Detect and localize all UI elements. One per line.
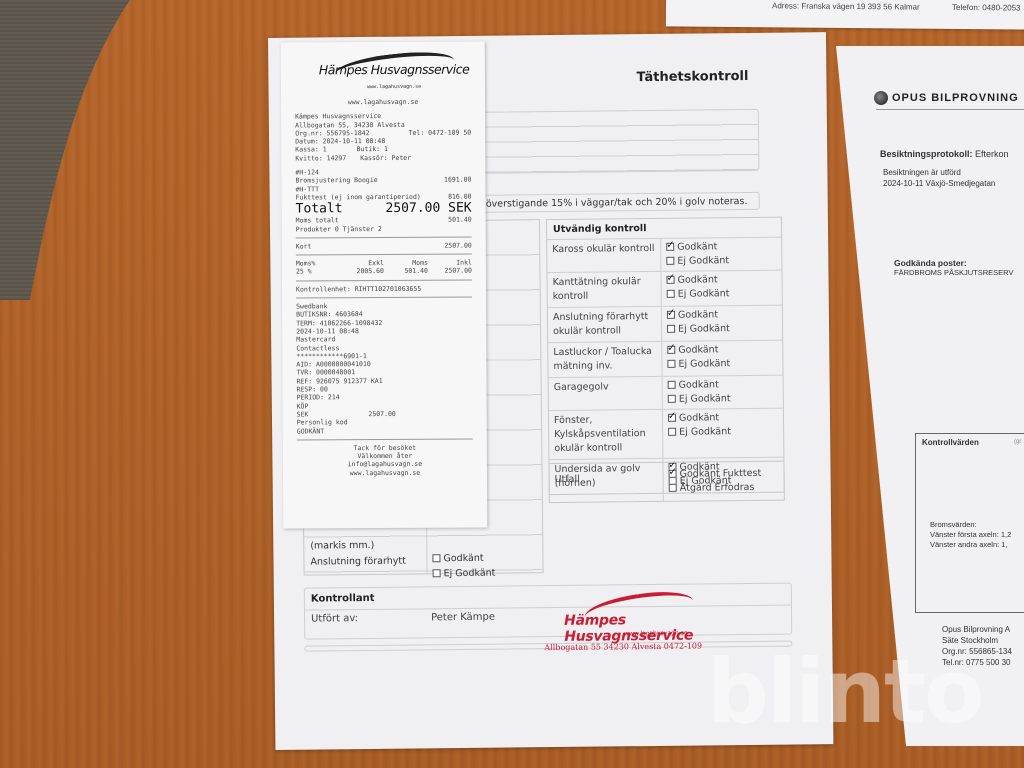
performed-by-value: Peter Kämpe: [431, 612, 495, 624]
checkbox-checked-icon: [668, 414, 676, 422]
checkbox-icon: [669, 484, 677, 492]
checkbox-icon: [667, 360, 675, 368]
top-document: Adress: Franska vägen 19 393 56 Kalmar T…: [666, 0, 1024, 30]
checkbox-icon: [668, 428, 676, 436]
top-document-address: Adress: Franska vägen 19 393 56 Kalmar: [772, 1, 920, 11]
checkbox-ej-godkant[interactable]: Ej Godkänt: [668, 392, 778, 407]
outside-check-row: Fönster, Kylskåpsventilation okulär kont…: [549, 409, 784, 460]
form-header-lines: [469, 109, 760, 174]
outside-check-row: Lastluckor / Toalucka mätning inv.Godkän…: [548, 341, 782, 378]
checkbox-ej-godkant[interactable]: Ej Godkänt: [433, 566, 496, 582]
opus-logo: OPUS BILPROVNING: [874, 91, 1019, 105]
checkbox-icon: [666, 257, 674, 265]
checkbox-ej-godkant[interactable]: Ej Godkänt: [667, 357, 777, 372]
checkbox-checked-icon: [669, 470, 677, 478]
checkbox-icon: [667, 325, 675, 333]
vat-table-row: 25 %2005.60501.402507.00: [296, 267, 472, 276]
left-row-markis: (markis mm.): [304, 538, 544, 541]
outside-check-row: Anslutning förarhytt okulär kontrollGodk…: [548, 306, 782, 343]
checkbox-godkant[interactable]: Godkänt: [668, 378, 778, 393]
checkbox-atgard-erfordras[interactable]: Åtgärd Erfodras: [669, 481, 762, 496]
blinto-watermark: blinto™: [706, 648, 991, 736]
checkbox-godkant[interactable]: Godkänt: [432, 551, 495, 567]
checkbox-icon: [668, 381, 676, 389]
checkbox-checked-icon: [667, 276, 675, 284]
checkbox-godkant-fukttest[interactable]: Godkänt Fukttest: [669, 467, 762, 482]
checkbox-icon: [432, 554, 440, 562]
checkbox-checked-icon: [666, 243, 674, 251]
receipt-total: Totalt2507.00 SEK: [296, 201, 472, 217]
checkbox-icon: [433, 569, 441, 577]
checkbox-ej-godkant[interactable]: Ej Godkänt: [667, 322, 777, 337]
checkbox-ej-godkant[interactable]: Ej Godkänt: [668, 425, 778, 440]
checkbox-icon: [667, 290, 675, 298]
checkbox-icon: [668, 395, 676, 403]
receipt-item: #H-TTT Fukttest (ej inom garantiperiod)8…: [295, 184, 471, 202]
outside-check-row: Kanttätning okulär kontrollGodkäntEj God…: [547, 271, 781, 308]
inspector-section: Kontrollant Utfört av: Peter Kämpe: [304, 583, 793, 640]
top-document-phone: Telefon: 0480-2053: [952, 3, 1021, 13]
receipt-logo: Hämpes Husvagnsservice www.lagahusvagn.s…: [295, 46, 471, 93]
checkbox-checked-icon: [667, 311, 675, 319]
checkbox-godkant[interactable]: Godkänt: [667, 343, 777, 358]
control-values-box: Kontrollvärden (gr Bromsvärden: Vänster …: [915, 433, 1024, 613]
checkbox-godkant[interactable]: Godkänt: [667, 308, 777, 323]
outside-check-table: Utvändig kontroll Kaross okulär kontroll…: [546, 217, 785, 495]
opus-globe-icon: [874, 91, 888, 105]
checkbox-checked-icon: [667, 346, 675, 354]
performed-by-label: Utfört av:: [311, 612, 431, 624]
card-transaction-details: SwedbankBUTIKSNR: 4603684TERM: 41062266-…: [296, 302, 473, 411]
outcome-label: Utfall: [549, 463, 663, 502]
outside-check-heading: Utvändig kontroll: [547, 218, 781, 240]
checkbox-godkant[interactable]: Godkänt: [668, 411, 778, 426]
checkbox-godkant[interactable]: Godkänt: [666, 273, 776, 288]
card-receipt: Hämpes Husvagnsservice www.lagahusvagn.s…: [281, 41, 488, 528]
outside-check-row: Kaross okulär kontrollGodkäntEj Godkänt: [547, 238, 781, 273]
form-title: Täthetskontroll: [637, 69, 749, 85]
outcome-row: Utfall Godkänt Fukttest Åtgärd Erfodras: [548, 461, 784, 503]
form-note: ...överstigande 15% i väggar/tak och 20%…: [470, 192, 760, 213]
checkbox-ej-godkant[interactable]: Ej Godkänt: [666, 254, 776, 269]
receipt-thanks: Tack för besöket Välkommen åter info@lag…: [297, 443, 473, 477]
receipt-item: #H-124 Bromsjustering Boogie1691.00: [295, 168, 471, 186]
checkbox-ej-godkant[interactable]: Ej Godkänt: [667, 287, 777, 302]
outside-check-row: GaragegolvGodkäntEj Godkänt: [549, 376, 783, 411]
checkbox-godkant[interactable]: Godkänt: [666, 240, 776, 255]
company-stamp: Hämpes Husvagnsservice www.lagahusvagn.s…: [554, 593, 715, 655]
